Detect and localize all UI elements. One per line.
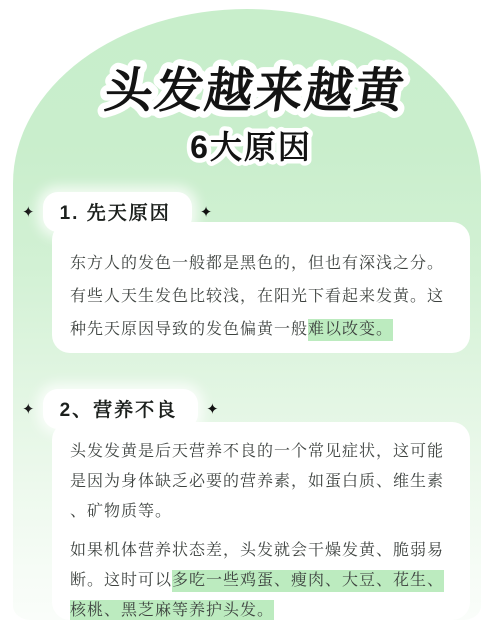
page-title: 头发越来越黄 — [102, 64, 409, 118]
body-paragraph: 头发发黄是后天营养不良的一个常见症状，这可能 是因为身体缺乏必要的营养素，如蛋白… — [70, 437, 460, 527]
highlighted-text: 难以改变。 — [308, 319, 393, 341]
sparkle-icon: ✦ — [22, 205, 35, 220]
section-2-heading-pill: 2、营养不良 — [43, 389, 199, 429]
section-1-heading-pill: 1. 先天原因 — [43, 192, 192, 232]
title-block: 头发越来越黄 6大原因 — [0, 0, 500, 180]
section-2-heading-label: 2、营养不良 — [60, 400, 178, 421]
body-paragraph: 东方人的发色一般都是黑色的，但也有深浅之分。 有些人天生发色比较浅，在阳光下看起… — [70, 247, 460, 346]
section-1-heading-row: ✦ 1. 先天原因 ✦ — [22, 192, 212, 232]
sparkle-icon: ✦ — [22, 402, 35, 417]
page-subtitle: 6大原因 — [190, 129, 312, 165]
section-2-body-card: 头发发黄是后天营养不良的一个常见症状，这可能 是因为身体缺乏必要的营养素，如蛋白… — [52, 422, 470, 620]
poster: 头发越来越黄 6大原因 ✦ 1. 先天原因 ✦ 东方人的发色一般都是黑色的，但也… — [0, 0, 500, 620]
sparkle-icon: ✦ — [206, 402, 219, 417]
section-1-heading-label: 1. 先天原因 — [60, 203, 171, 224]
sparkle-icon: ✦ — [200, 205, 213, 220]
section-1-body-card: 东方人的发色一般都是黑色的，但也有深浅之分。 有些人天生发色比较浅，在阳光下看起… — [52, 222, 470, 353]
body-text: 头发发黄是后天营养不良的一个常见症状，这可能 是因为身体缺乏必要的营养素，如蛋白… — [70, 443, 444, 520]
body-paragraph: 如果机体营养状态差，头发就会干燥发黄、脆弱易 断。这时可以多吃一些鸡蛋、瘦肉、大… — [70, 536, 460, 620]
section-2-heading-row: ✦ 2、营养不良 ✦ — [22, 389, 219, 429]
